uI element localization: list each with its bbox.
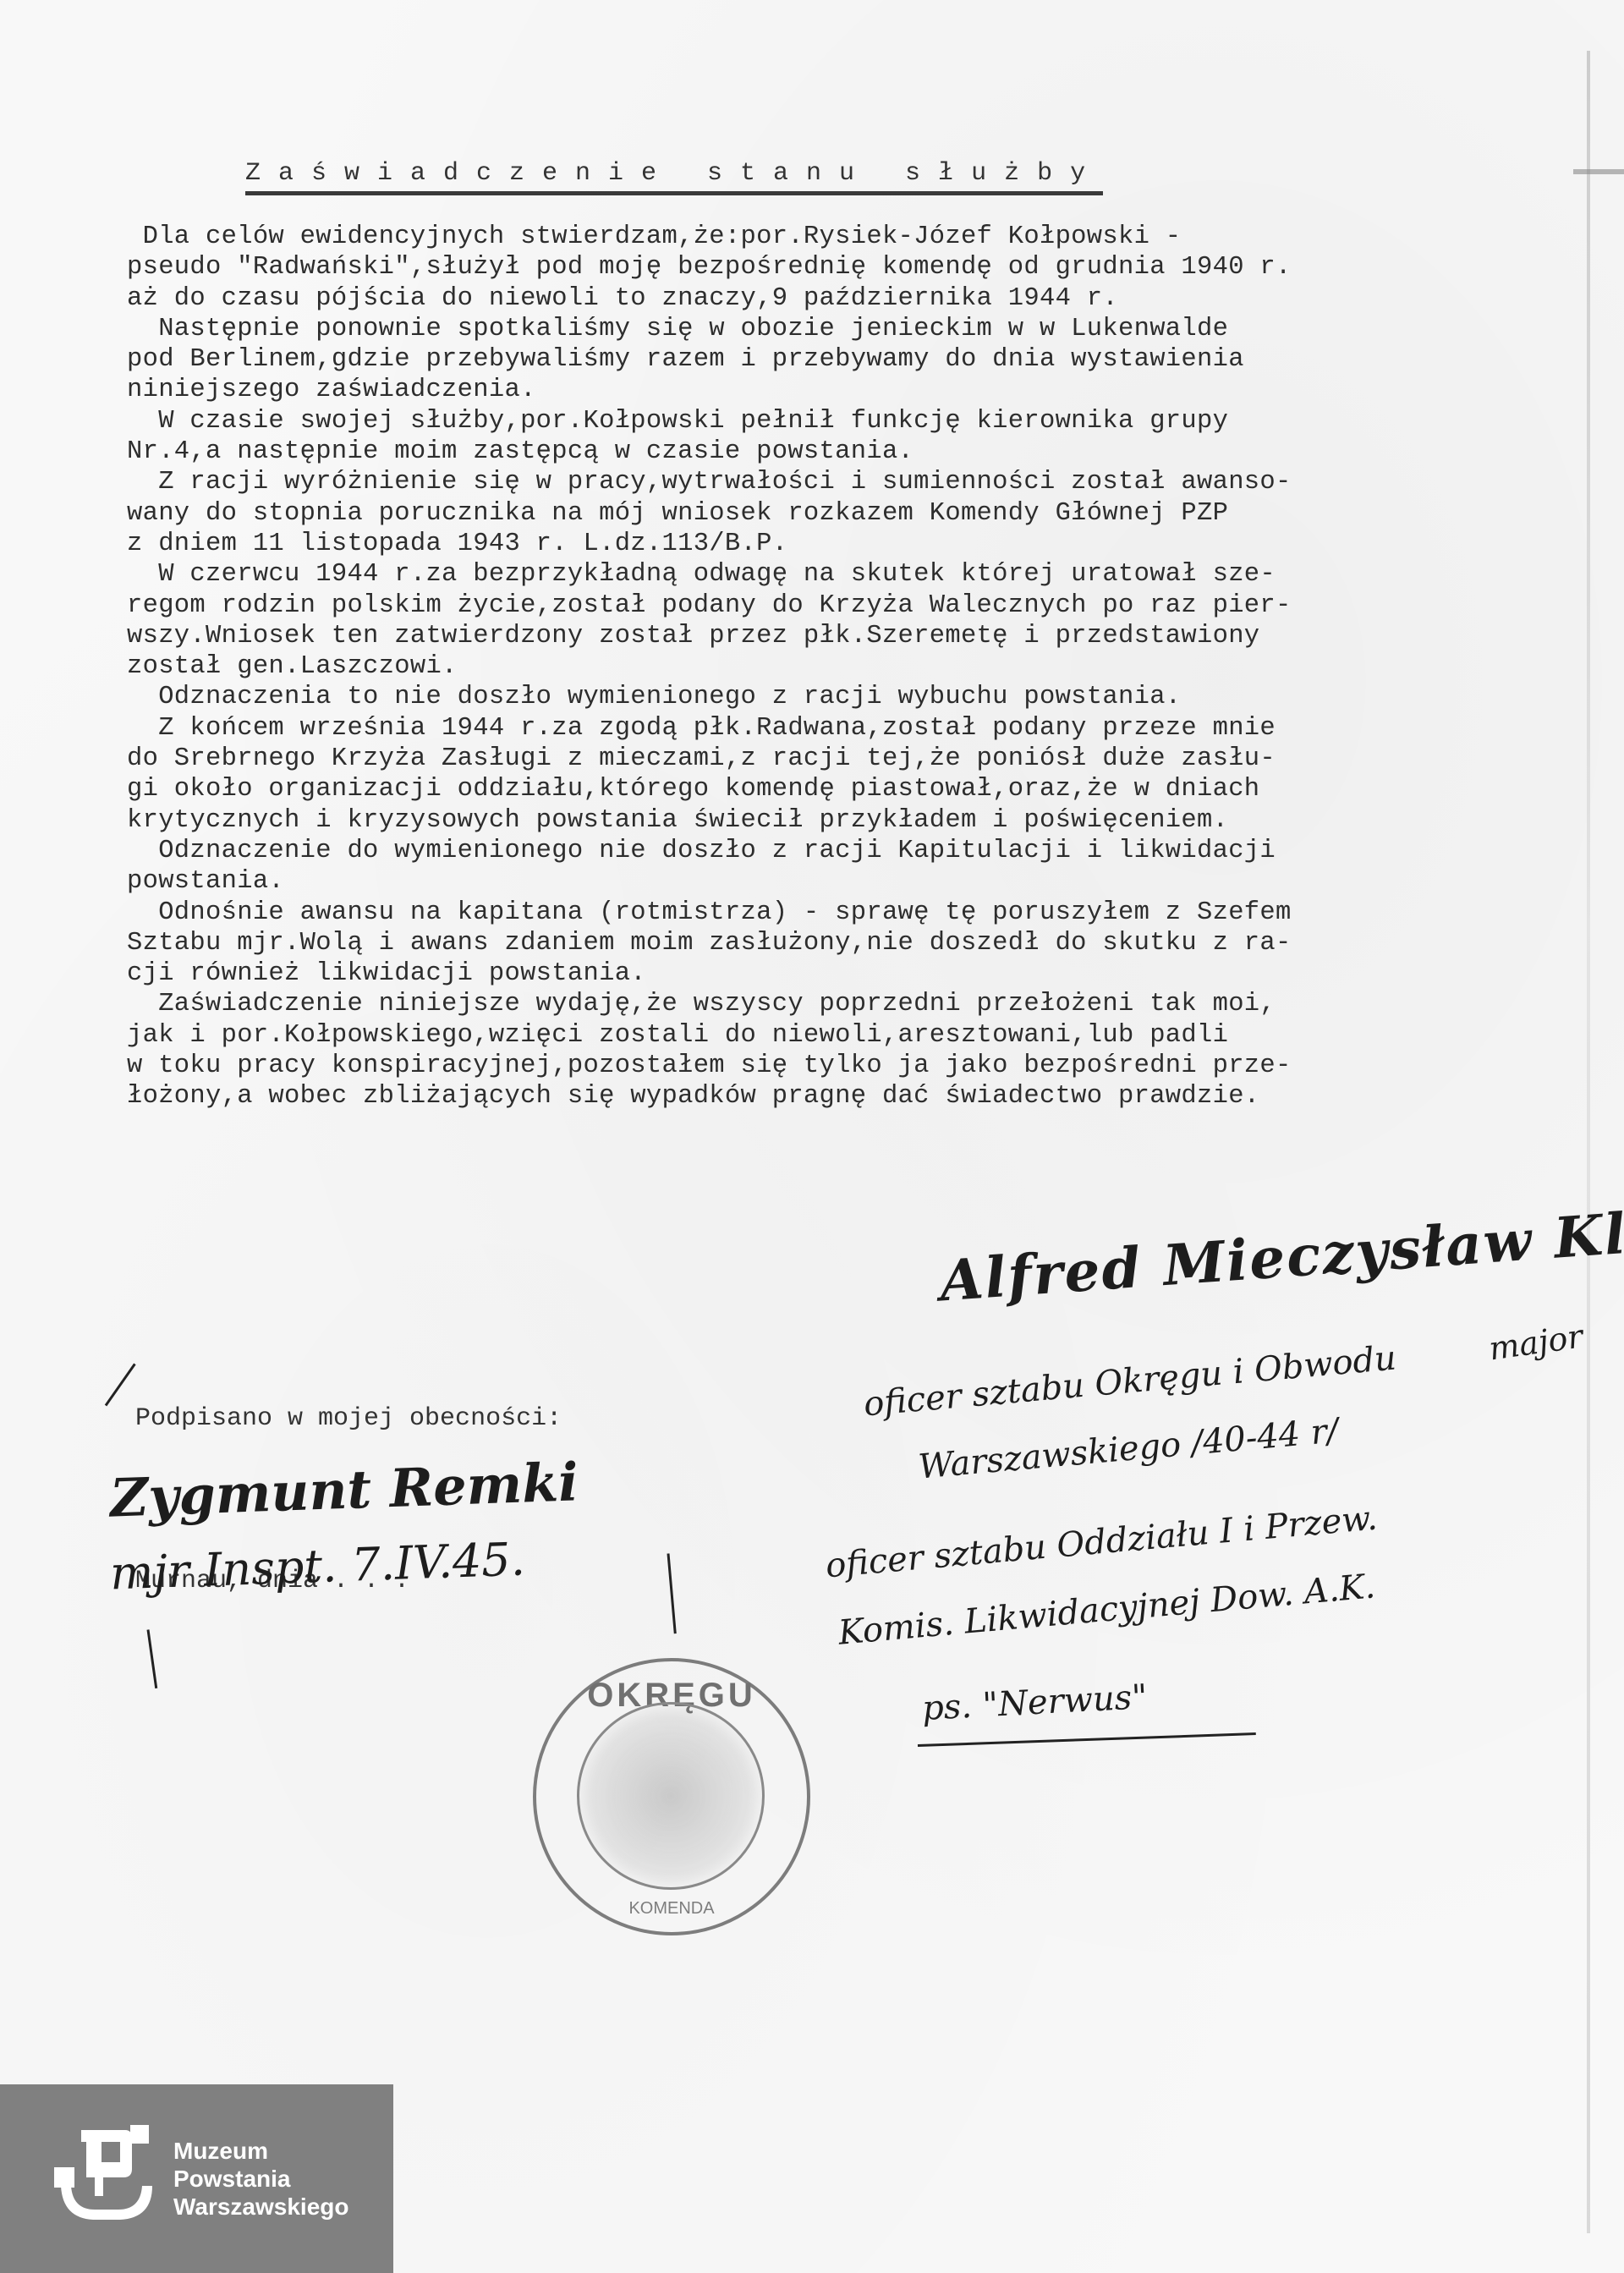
- body-line: Odnośnie awansu na kapitana (rotmistrza)…: [127, 898, 1590, 928]
- kotwica-anchor-icon: [52, 2118, 162, 2228]
- body-line: do Srebrnego Krzyża Zasługi z mieczami,z…: [127, 744, 1590, 774]
- body-line: aż do czasu pójścia do niewoli to znaczy…: [127, 283, 1590, 314]
- logo-line-2: Powstania: [173, 2165, 348, 2193]
- scanned-document: Zaświadczenie stanu służby Dla celów ewi…: [0, 0, 1624, 2273]
- stamp-subtext: KOMENDA: [536, 1899, 807, 1919]
- body-line: regom rodzin polskim życie,został podany…: [127, 590, 1590, 621]
- body-line: Następnie ponownie spotkaliśmy się w obo…: [127, 314, 1590, 344]
- logo-line-3: Warszawskiego: [173, 2193, 348, 2221]
- document-body: Dla celów ewidencyjnych stwierdzam,że:po…: [127, 222, 1590, 1112]
- body-line: został gen.Laszczowi.: [127, 651, 1590, 682]
- body-line: W czerwcu 1944 r.za bezprzykładną odwagę…: [127, 559, 1590, 590]
- body-line: jak i por.Kołpowskiego,wzięci zostali do…: [127, 1020, 1590, 1051]
- body-line: Dla celów ewidencyjnych stwierdzam,że:po…: [127, 222, 1590, 252]
- body-line: Nr.4,a następnie moim zastępcą w czasie …: [127, 436, 1590, 467]
- body-line: Odznaczenia to nie doszło wymienionego z…: [127, 682, 1590, 712]
- pen-stroke: [147, 1629, 158, 1688]
- body-line: gi około organizacji oddziału,którego ko…: [127, 774, 1590, 804]
- logo-line-1: Muzeum: [173, 2137, 348, 2165]
- body-line: cji również likwidacji powstania.: [127, 958, 1590, 989]
- body-line: Sztabu mjr.Wolą i awans zdaniem moim zas…: [127, 928, 1590, 958]
- body-line: pod Berlinem,gdzie przebywaliśmy razem i…: [127, 344, 1590, 375]
- handwritten-line-2: Warszawskiego /40-44 r/: [917, 1411, 1340, 1486]
- document-title: Zaświadczenie stanu służby: [245, 159, 1103, 195]
- body-line: z dniem 11 listopada 1943 r. L.dz.113/B.…: [127, 529, 1590, 559]
- official-stamp: OKRĘGU KOMENDA: [533, 1658, 810, 1935]
- pen-stroke: [667, 1553, 677, 1633]
- handwritten-line-3: oficer sztabu Oddziału I i Przew.: [824, 1499, 1379, 1586]
- witness-signature: Zygmunt Remki: [109, 1451, 579, 1529]
- pen-stroke: [918, 1732, 1256, 1747]
- body-line: pseudo "Radwański",służył pod moję bezpo…: [127, 252, 1590, 283]
- body-line: niniejszego zaświadczenia.: [127, 375, 1590, 405]
- body-line: Zaświadczenie niniejsze wydaję,że wszysc…: [127, 989, 1590, 1019]
- rank-annotation: major: [1486, 1317, 1585, 1367]
- body-line: w toku pracy konspiracyjnej,pozostałem s…: [127, 1051, 1590, 1081]
- museum-logo: Muzeum Powstania Warszawskiego: [0, 2084, 393, 2273]
- eagle-emblem-icon: [577, 1702, 765, 1890]
- body-line: powstania.: [127, 866, 1590, 897]
- pen-stroke: [105, 1363, 136, 1406]
- handwritten-pseudonym: ps. "Nerwus": [921, 1677, 1149, 1728]
- body-line: Odznaczenie do wymienionego nie doszło z…: [127, 836, 1590, 866]
- body-line: wany do stopnia porucznika na mój wniose…: [127, 498, 1590, 529]
- body-line: wszy.Wniosek ten zatwierdzony został prz…: [127, 621, 1590, 651]
- body-line: W czasie swojej służby,por.Kołpowski peł…: [127, 406, 1590, 436]
- museum-name: Muzeum Powstania Warszawskiego: [173, 2137, 348, 2221]
- handwritten-line-1: oficer sztabu Okręgu i Obwodu: [862, 1339, 1397, 1425]
- body-line: łożony,a wobec zbliżających się wypadków…: [127, 1081, 1590, 1112]
- body-line: Z racji wyróżnienie się w pracy,wytrwało…: [127, 467, 1590, 497]
- handwritten-line-4: Komis. Likwidacyjnej Dow. A.K.: [837, 1567, 1376, 1652]
- body-line: Z końcem września 1944 r.za zgodą płk.Ra…: [127, 713, 1590, 744]
- witness-label: Podpisano w mojej obecności:: [135, 1404, 562, 1433]
- witness-date: mjr Inspt. 7.IV.45.: [109, 1532, 526, 1600]
- body-line: krytycznych i kryzysowych powstania świe…: [127, 805, 1590, 836]
- main-signature: Alfred Mieczysław Klausal: [938, 1189, 1624, 1315]
- corner-mark: [1573, 169, 1624, 174]
